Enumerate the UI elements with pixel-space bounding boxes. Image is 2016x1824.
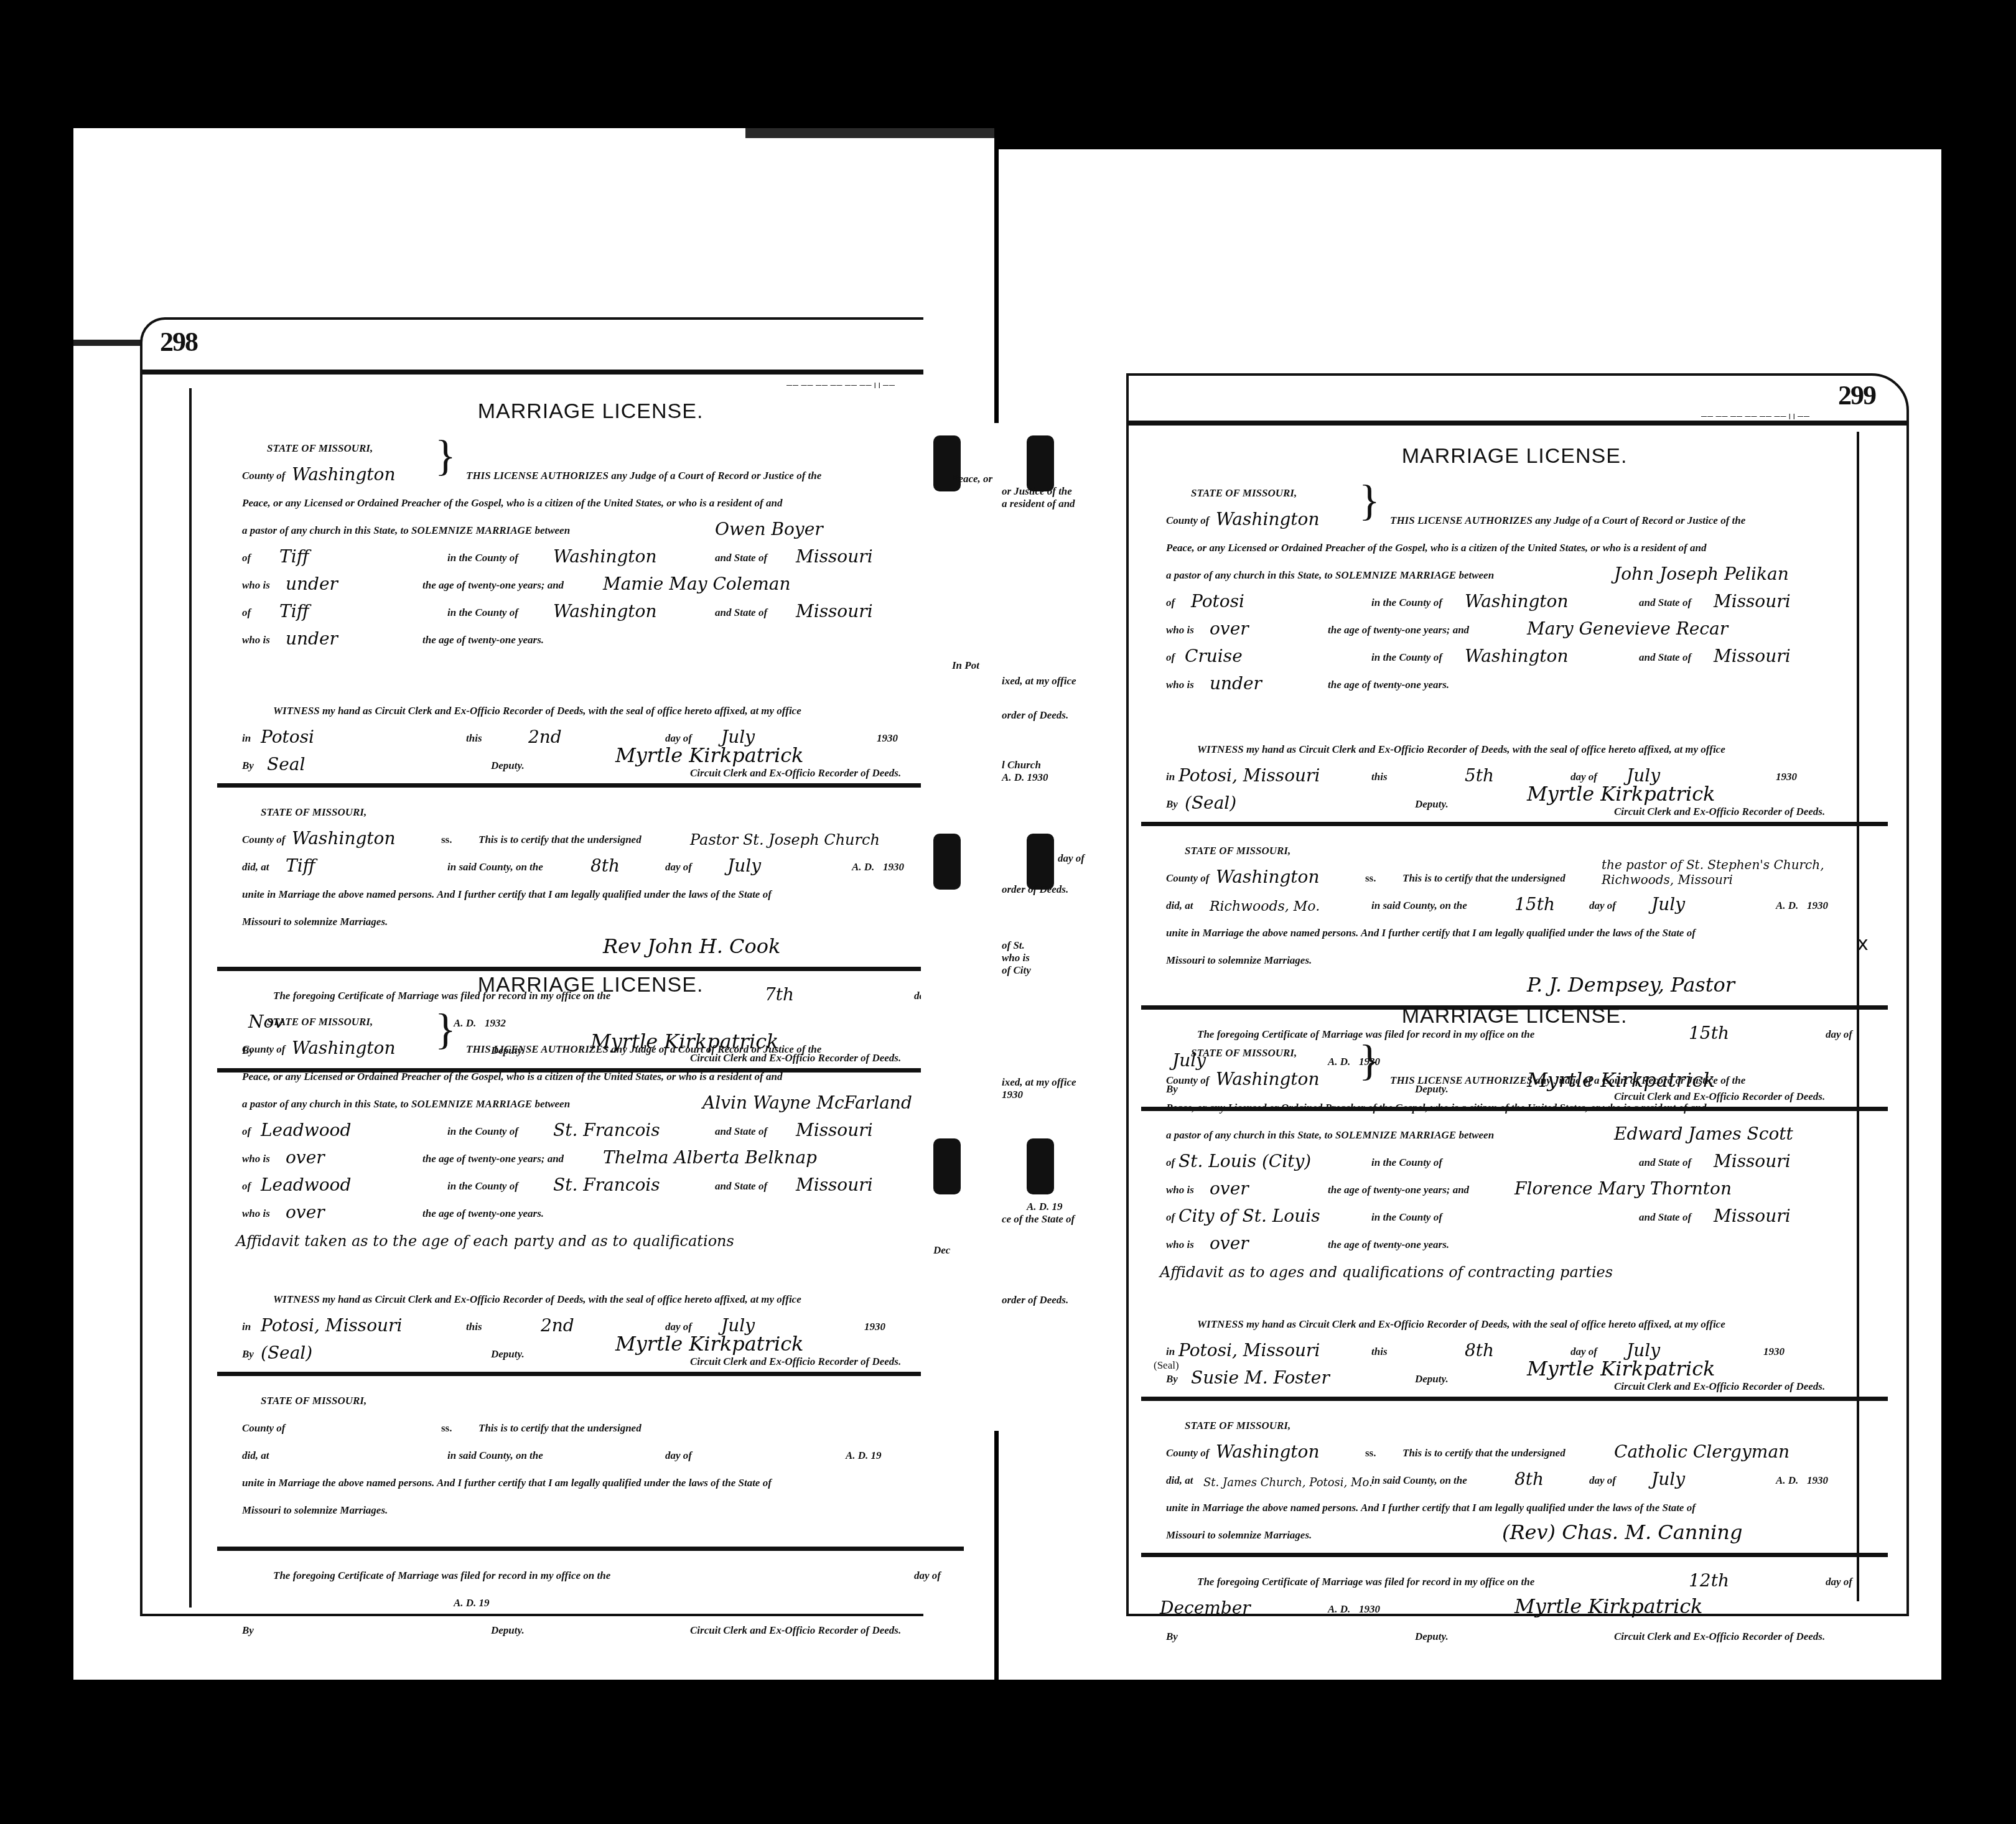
fragment-text: day of — [1058, 852, 1085, 865]
deputy-label: Deputy. — [491, 760, 525, 772]
issue-place: Potosi, Missouri — [261, 1315, 402, 1336]
issue-day: 2nd — [541, 1315, 574, 1336]
county-of-label: in the County of — [1371, 597, 1442, 609]
brace: } — [1359, 1040, 1380, 1083]
cert-month: July — [1651, 894, 1685, 914]
county-label: County of — [1166, 872, 1209, 885]
solemnize-text: Missouri to solemnize Marriages. — [242, 916, 388, 928]
in-said-county-label: in said County, on the — [447, 1449, 543, 1462]
ad-label: A. D. — [1776, 900, 1798, 912]
county-label: County of — [242, 1422, 285, 1435]
groom-name: Owen Boyer — [715, 519, 823, 539]
unite-text: unite in Marriage the above named person… — [1166, 927, 1696, 939]
did-at-label: did, at — [242, 1449, 269, 1462]
certify-text: This is to certify that the undersigned — [1402, 1447, 1566, 1459]
county-value: Washington — [1216, 509, 1320, 529]
ss-label: ss. — [441, 834, 452, 846]
clerk-title: Circuit Clerk and Ex-Officio Recorder of… — [1614, 1631, 1825, 1643]
cert-county: Washington — [1216, 867, 1320, 887]
section-divider — [1141, 822, 1888, 826]
section-divider — [1141, 1397, 1888, 1401]
who-is-label: who is — [242, 1153, 270, 1165]
issue-year: 1930 — [1763, 1346, 1785, 1358]
authorizes-line-2: Peace, or any Licensed or Ordained Preac… — [242, 1071, 782, 1083]
state-of-label: and State of — [1639, 651, 1691, 664]
cert-year: 1930 — [1807, 1474, 1828, 1487]
fragment-text: 1930 — [1002, 1089, 1023, 1101]
authorizes-line-1: THIS LICENSE AUTHORIZES any Judge of a C… — [1390, 514, 1745, 527]
this-label: this — [1371, 771, 1388, 783]
witness-text: WITNESS my hand as Circuit Clerk and Ex-… — [1197, 743, 1725, 756]
authorizes-line-1: THIS LICENSE AUTHORIZES any Judge of a C… — [466, 470, 821, 482]
index-tab-right — [1360, 212, 1941, 336]
brace: } — [435, 435, 456, 478]
groom-county: Washington — [1465, 591, 1569, 612]
this-label: this — [466, 732, 482, 745]
groom-county: Washington — [553, 546, 657, 567]
issue-by: Seal — [267, 754, 305, 775]
ss-label: ss. — [1365, 872, 1376, 885]
bride-name: Mary Genevieve Recar — [1527, 618, 1728, 639]
solemnize-text: Missouri to solemnize Marriages. — [242, 1504, 388, 1517]
groom-name: Alvin Wayne McFarland — [702, 1092, 912, 1113]
ad-label: A. D. — [1328, 1603, 1350, 1616]
bride-age: under — [286, 628, 338, 649]
did-at-label: did, at — [1166, 1474, 1193, 1487]
officiant-title: the pastor of St. Stephen's Church, Rich… — [1602, 857, 1875, 887]
bride-name: Thelma Alberta Belknap — [603, 1147, 817, 1168]
bride-state: Missouri — [796, 601, 873, 621]
in-said-county-label: in said County, on the — [447, 861, 543, 873]
groom-name: John Joseph Pelikan — [1614, 564, 1789, 584]
groom-residence: Tiff — [279, 546, 309, 567]
clerk-signature: Myrtle Kirkpatrick — [1527, 782, 1715, 806]
deputy-name: Susie M. Foster — [1191, 1367, 1330, 1388]
day-of-label: day of — [914, 1570, 941, 1582]
gutter-page-fragment: Peace, or or Justice of the a resident o… — [921, 423, 1120, 1431]
bride-county: Washington — [1465, 646, 1569, 666]
state-of-label: and State of — [1639, 1211, 1691, 1224]
section-divider — [217, 1547, 964, 1551]
in-label: in — [242, 1321, 251, 1333]
groom-age: over — [286, 1147, 325, 1168]
section-divider — [217, 967, 964, 971]
of-label: of — [242, 1180, 251, 1193]
did-at-label: did, at — [242, 861, 269, 873]
who-is-label: who is — [242, 579, 270, 592]
section-divider — [217, 1372, 964, 1376]
groom-state: Missouri — [796, 546, 873, 567]
bride-residence: Cruise — [1185, 646, 1243, 666]
section-divider — [217, 783, 964, 788]
county-value: Washington — [292, 464, 396, 485]
clerk-title: Circuit Clerk and Ex-Officio Recorder of… — [690, 767, 901, 779]
age-label: the age of twenty-one years. — [422, 1207, 544, 1220]
of-label: of — [242, 552, 251, 564]
fragment-text: l Church — [1002, 759, 1041, 771]
issue-year: 1930 — [877, 732, 898, 745]
issue-year: 1930 — [864, 1321, 885, 1333]
license-title: MARRIAGE LICENSE. — [1141, 444, 1888, 468]
ad-label: A. D. — [852, 861, 874, 873]
in-label: in — [242, 732, 251, 745]
day-of-label: day of — [1570, 1346, 1597, 1358]
fragment-text: ixed, at my office — [1002, 675, 1076, 687]
unite-text: unite in Marriage the above named person… — [1166, 1502, 1696, 1514]
who-is-label: who is — [242, 634, 270, 646]
fragment-text: A. D. 19 — [1027, 1201, 1063, 1213]
brace: } — [435, 1008, 456, 1052]
bride-residence: Tiff — [279, 601, 309, 621]
state-of-label: and State of — [1639, 1156, 1691, 1169]
issue-day: 5th — [1465, 765, 1494, 786]
ss-label: ss. — [441, 1422, 452, 1435]
this-label: this — [466, 1321, 482, 1333]
by-label: By — [1166, 798, 1178, 811]
state-of-label: and State of — [715, 1180, 767, 1193]
fragment-text: of City — [1002, 964, 1031, 977]
age-label: the age of twenty-one years. — [1328, 679, 1449, 691]
fragment-text: Dec — [933, 1244, 950, 1257]
fragment-text: Peace, or — [952, 473, 992, 485]
by-label: By — [1166, 1373, 1178, 1385]
bride-state: Missouri — [1714, 646, 1791, 666]
who-is-label: who is — [242, 1207, 270, 1220]
county-of-label: in the County of — [447, 1180, 518, 1193]
age-label: the age of twenty-one years; and — [422, 1153, 564, 1165]
county-of-label: in the County of — [1371, 651, 1442, 664]
ad-label: A. D. 19 — [846, 1449, 882, 1462]
page-number-left: 298 — [160, 326, 197, 358]
day-of-label: day of — [665, 732, 692, 745]
age-label: the age of twenty-one years; and — [1328, 1184, 1469, 1196]
ss-label: ss. — [1365, 1447, 1376, 1459]
scanner-background — [0, 1680, 2016, 1824]
filed-day: 12th — [1689, 1570, 1729, 1591]
deputy-label: Deputy. — [491, 1624, 525, 1637]
cert-day: 8th — [590, 855, 620, 876]
county-label: County of — [242, 834, 285, 846]
authorizes-line-3: a pastor of any church in this State, to… — [242, 1098, 570, 1110]
authorizes-line-2: Peace, or any Licensed or Ordained Preac… — [1166, 542, 1706, 554]
by-label: By — [1166, 1631, 1178, 1643]
license-title: MARRIAGE LICENSE. — [217, 973, 964, 997]
fragment-text: In Pot — [952, 659, 979, 672]
of-label: of — [242, 1125, 251, 1138]
county-label: County of — [1166, 1447, 1209, 1459]
filed-month: December — [1160, 1598, 1251, 1618]
foregoing-text: The foregoing Certificate of Marriage wa… — [273, 1570, 610, 1582]
groom-age: under — [286, 574, 338, 594]
marriage-license-4: MARRIAGE LICENSE. STATE OF MISSOURI, Cou… — [1141, 1004, 1888, 1648]
bride-age: over — [1210, 1233, 1249, 1254]
marriage-license-2: MARRIAGE LICENSE. STATE OF MISSOURI, Cou… — [217, 973, 964, 1642]
by-label: By — [242, 1348, 254, 1361]
clerk-title: Circuit Clerk and Ex-Officio Recorder of… — [690, 1624, 901, 1637]
who-is-label: who is — [1166, 1184, 1194, 1196]
affidavit-note: Affidavit taken as to the age of each pa… — [236, 1232, 734, 1250]
of-label: of — [242, 607, 251, 619]
day-of-label: day of — [665, 1321, 692, 1333]
printer-mark-left: —— —— —— —— —— —— | | —— — [786, 382, 895, 388]
authorizes-line-3: a pastor of any church in this State, to… — [1166, 569, 1494, 582]
state-of-label: and State of — [715, 552, 767, 564]
by-label: By — [242, 760, 254, 772]
in-label: in — [1166, 771, 1175, 783]
witness-text: WITNESS my hand as Circuit Clerk and Ex-… — [273, 1293, 801, 1306]
cert-year: 1930 — [1807, 900, 1828, 912]
who-is-label: who is — [1166, 624, 1194, 636]
certify-text: This is to certify that the undersigned — [478, 1422, 642, 1435]
county-of-label: in the County of — [447, 552, 518, 564]
deputy-label: Deputy. — [1415, 798, 1449, 811]
did-at-label: did, at — [1166, 900, 1193, 912]
day-of-label: day of — [1570, 771, 1597, 783]
fragment-text: who is — [1002, 952, 1030, 964]
day-of-label: day of — [665, 1449, 692, 1462]
authorizes-line-2: Peace, or any Licensed or Ordained Preac… — [1166, 1102, 1706, 1114]
state-label: STATE OF MISSOURI, — [1191, 1047, 1297, 1059]
license-title: MARRIAGE LICENSE. — [217, 399, 964, 424]
state-label: STATE OF MISSOURI, — [1185, 845, 1290, 857]
county-label: County of — [242, 470, 285, 482]
county-of-label: in the County of — [1371, 1156, 1442, 1169]
county-of-label: in the County of — [447, 1125, 518, 1138]
county-label: County of — [1166, 514, 1209, 527]
index-tab-left — [73, 128, 745, 346]
age-label: the age of twenty-one years; and — [422, 579, 564, 592]
ledger-page-299: 299 —— —— —— —— —— —— | | —— MARRIAGE LI… — [1126, 373, 1909, 1616]
ink-blot — [933, 1138, 961, 1194]
fragment-text: ixed, at my office — [1002, 1076, 1076, 1089]
license-title: MARRIAGE LICENSE. — [1141, 1004, 1888, 1028]
ad-label: A. D. 19 — [454, 1597, 490, 1609]
groom-residence: Potosi — [1191, 591, 1244, 612]
printer-mark-right: —— —— —— —— —— —— | | —— — [1701, 413, 1810, 419]
groom-name: Edward James Scott — [1614, 1124, 1793, 1144]
bride-age: under — [1210, 673, 1262, 694]
ink-blot — [933, 834, 961, 890]
state-label: STATE OF MISSOURI, — [267, 1016, 373, 1028]
state-label: STATE OF MISSOURI, — [261, 806, 366, 819]
of-label: of — [1166, 1211, 1175, 1224]
fragment-text: A. D. 1930 — [1002, 771, 1048, 784]
day-of-label: day of — [665, 861, 692, 873]
deputy-label: Deputy. — [1415, 1631, 1449, 1643]
bride-residence: City of St. Louis — [1178, 1206, 1320, 1226]
fragment-text: order of Deeds. — [1002, 709, 1068, 722]
state-of-label: and State of — [715, 607, 767, 619]
state-of-label: and State of — [1639, 597, 1691, 609]
age-label: the age of twenty-one years. — [422, 634, 544, 646]
of-label: of — [1166, 597, 1175, 609]
deputy-label: Deputy. — [491, 1348, 525, 1361]
officiant-signature: Rev John H. Cook — [603, 934, 780, 958]
deputy-label: Deputy. — [1415, 1373, 1449, 1385]
groom-state: Missouri — [1714, 591, 1791, 612]
officiant-title: Catholic Clergyman — [1614, 1441, 1790, 1462]
header-rule — [142, 370, 923, 375]
fragment-text: or Justice of the — [1002, 485, 1072, 498]
in-said-county-label: in said County, on the — [1371, 1474, 1467, 1487]
clerk-signature: Myrtle Kirkpatrick — [615, 743, 803, 767]
day-of-label: day of — [1589, 1474, 1616, 1487]
authorizes-line-1: THIS LICENSE AUTHORIZES any Judge of a C… — [1390, 1074, 1745, 1087]
ink-blot — [1027, 1138, 1054, 1194]
authorizes-line-3: a pastor of any church in this State, to… — [1166, 1129, 1494, 1142]
in-said-county-label: in said County, on the — [1371, 900, 1467, 912]
bride-state: Missouri — [1714, 1206, 1791, 1226]
by-label: By — [242, 1624, 254, 1637]
cert-day: 15th — [1514, 894, 1555, 914]
fragment-text: a resident of and — [1002, 498, 1075, 510]
groom-residence: Leadwood — [261, 1120, 351, 1140]
bride-name: Mamie May Coleman — [603, 574, 791, 594]
cert-place: St. James Church, Potosi, Mo. — [1203, 1476, 1373, 1489]
affidavit-note: Affidavit as to ages and qualifications … — [1160, 1263, 1613, 1281]
groom-age: over — [1210, 1178, 1249, 1199]
issue-year: 1930 — [1776, 771, 1797, 783]
of-label: of — [1166, 1156, 1175, 1169]
issue-by: (Seal) — [1185, 793, 1236, 813]
day-of-label: day of — [1826, 1576, 1852, 1588]
cert-day: 8th — [1514, 1469, 1544, 1489]
unite-text: unite in Marriage the above named person… — [242, 888, 772, 901]
ink-blot — [1027, 435, 1054, 491]
bride-county: St. Francois — [553, 1175, 660, 1195]
header-rule — [1129, 421, 1906, 426]
ad-label: A. D. — [1776, 1474, 1798, 1487]
cert-year: 1930 — [883, 861, 904, 873]
ledger-page-298: 298 —— —— —— —— —— —— | | —— MARRIAGE LI… — [140, 317, 923, 1616]
state-label: STATE OF MISSOURI, — [261, 1395, 366, 1407]
cert-month: July — [1651, 1469, 1685, 1489]
state-of-label: and State of — [715, 1125, 767, 1138]
margin-rule — [189, 388, 192, 1608]
issue-place: Potosi, Missouri — [1178, 765, 1320, 786]
county-of-label: in the County of — [1371, 1211, 1442, 1224]
groom-county: St. Francois — [553, 1120, 660, 1140]
groom-state: Missouri — [796, 1120, 873, 1140]
filed-clerk-signature: Myrtle Kirkpatrick — [1514, 1594, 1702, 1618]
witness-text: WITNESS my hand as Circuit Clerk and Ex-… — [1197, 1318, 1725, 1331]
cert-month: July — [727, 855, 761, 876]
authorizes-line-2: Peace, or any Licensed or Ordained Preac… — [242, 497, 782, 510]
section-divider — [1141, 1553, 1888, 1557]
filed-year: 1930 — [1359, 1603, 1380, 1616]
clerk-signature: Myrtle Kirkpatrick — [615, 1332, 803, 1356]
solemnize-text: Missouri to solemnize Marriages. — [1166, 954, 1312, 967]
officiant-signature: (Rev) Chas. M. Canning — [1502, 1520, 1742, 1544]
authorizes-line-3: a pastor of any church in this State, to… — [242, 524, 570, 537]
cert-place: Richwoods, Mo. — [1210, 899, 1320, 914]
issue-place: Potosi — [261, 727, 314, 747]
cert-county: Washington — [1216, 1441, 1320, 1462]
clerk-signature: Myrtle Kirkpatrick — [1527, 1357, 1715, 1380]
this-label: this — [1371, 1346, 1388, 1358]
unite-text: unite in Marriage the above named person… — [242, 1477, 772, 1489]
clerk-title: Circuit Clerk and Ex-Officio Recorder of… — [1614, 1380, 1825, 1393]
ink-blot — [1027, 834, 1054, 890]
page-number-right: 299 — [1838, 379, 1875, 411]
issue-place: Potosi, Missouri — [1178, 1340, 1320, 1361]
certify-text: This is to certify that the undersigned — [478, 834, 642, 846]
county-of-label: in the County of — [447, 607, 518, 619]
county-label: County of — [242, 1043, 285, 1056]
margin-x-mark: x — [1857, 933, 1869, 955]
county-label: County of — [1166, 1074, 1209, 1087]
seal-mark: (Seal) — [1154, 1359, 1179, 1372]
brace: } — [1359, 480, 1380, 523]
bride-age: over — [286, 1202, 325, 1222]
groom-age: over — [1210, 618, 1249, 639]
cert-county: Washington — [292, 828, 396, 849]
day-of-label: day of — [1589, 900, 1616, 912]
issue-day: 2nd — [528, 727, 562, 747]
certify-text: This is to certify that the undersigned — [1402, 872, 1566, 885]
issue-day: 8th — [1465, 1340, 1494, 1361]
fragment-text: order of Deeds. — [1002, 1294, 1068, 1306]
clerk-title: Circuit Clerk and Ex-Officio Recorder of… — [1614, 806, 1825, 818]
authorizes-line-1: THIS LICENSE AUTHORIZES any Judge of a C… — [466, 1043, 821, 1056]
bride-residence: Leadwood — [261, 1175, 351, 1195]
fragment-text: ce of the State of — [1002, 1213, 1075, 1226]
county-value: Washington — [292, 1038, 396, 1058]
fragment-text: order of Deeds. — [1002, 883, 1068, 896]
clerk-title: Circuit Clerk and Ex-Officio Recorder of… — [690, 1356, 901, 1368]
cert-place: Tiff — [286, 855, 315, 876]
who-is-label: who is — [1166, 1239, 1194, 1251]
who-is-label: who is — [1166, 679, 1194, 691]
witness-text: WITNESS my hand as Circuit Clerk and Ex-… — [273, 705, 801, 717]
state-label: STATE OF MISSOURI, — [1185, 1420, 1290, 1432]
state-label: STATE OF MISSOURI, — [267, 442, 373, 455]
groom-state: Missouri — [1714, 1151, 1791, 1171]
state-label: STATE OF MISSOURI, — [1191, 487, 1297, 500]
officiant-title: Pastor St. Joseph Church — [690, 831, 880, 849]
in-label: in — [1166, 1346, 1175, 1358]
bride-county: Washington — [553, 601, 657, 621]
bride-state: Missouri — [796, 1175, 873, 1195]
solemnize-text: Missouri to solemnize Marriages. — [1166, 1529, 1312, 1542]
issue-by: (Seal) — [261, 1342, 312, 1363]
groom-residence: St. Louis (City) — [1178, 1151, 1311, 1171]
county-value: Washington — [1216, 1069, 1320, 1089]
fragment-text: of St. — [1002, 939, 1025, 952]
age-label: the age of twenty-one years; and — [1328, 624, 1469, 636]
foregoing-text: The foregoing Certificate of Marriage wa… — [1197, 1576, 1534, 1588]
officiant-signature: P. J. Dempsey, Pastor — [1527, 973, 1735, 997]
of-label: of — [1166, 651, 1175, 664]
bride-name: Florence Mary Thornton — [1514, 1178, 1732, 1199]
age-label: the age of twenty-one years. — [1328, 1239, 1449, 1251]
